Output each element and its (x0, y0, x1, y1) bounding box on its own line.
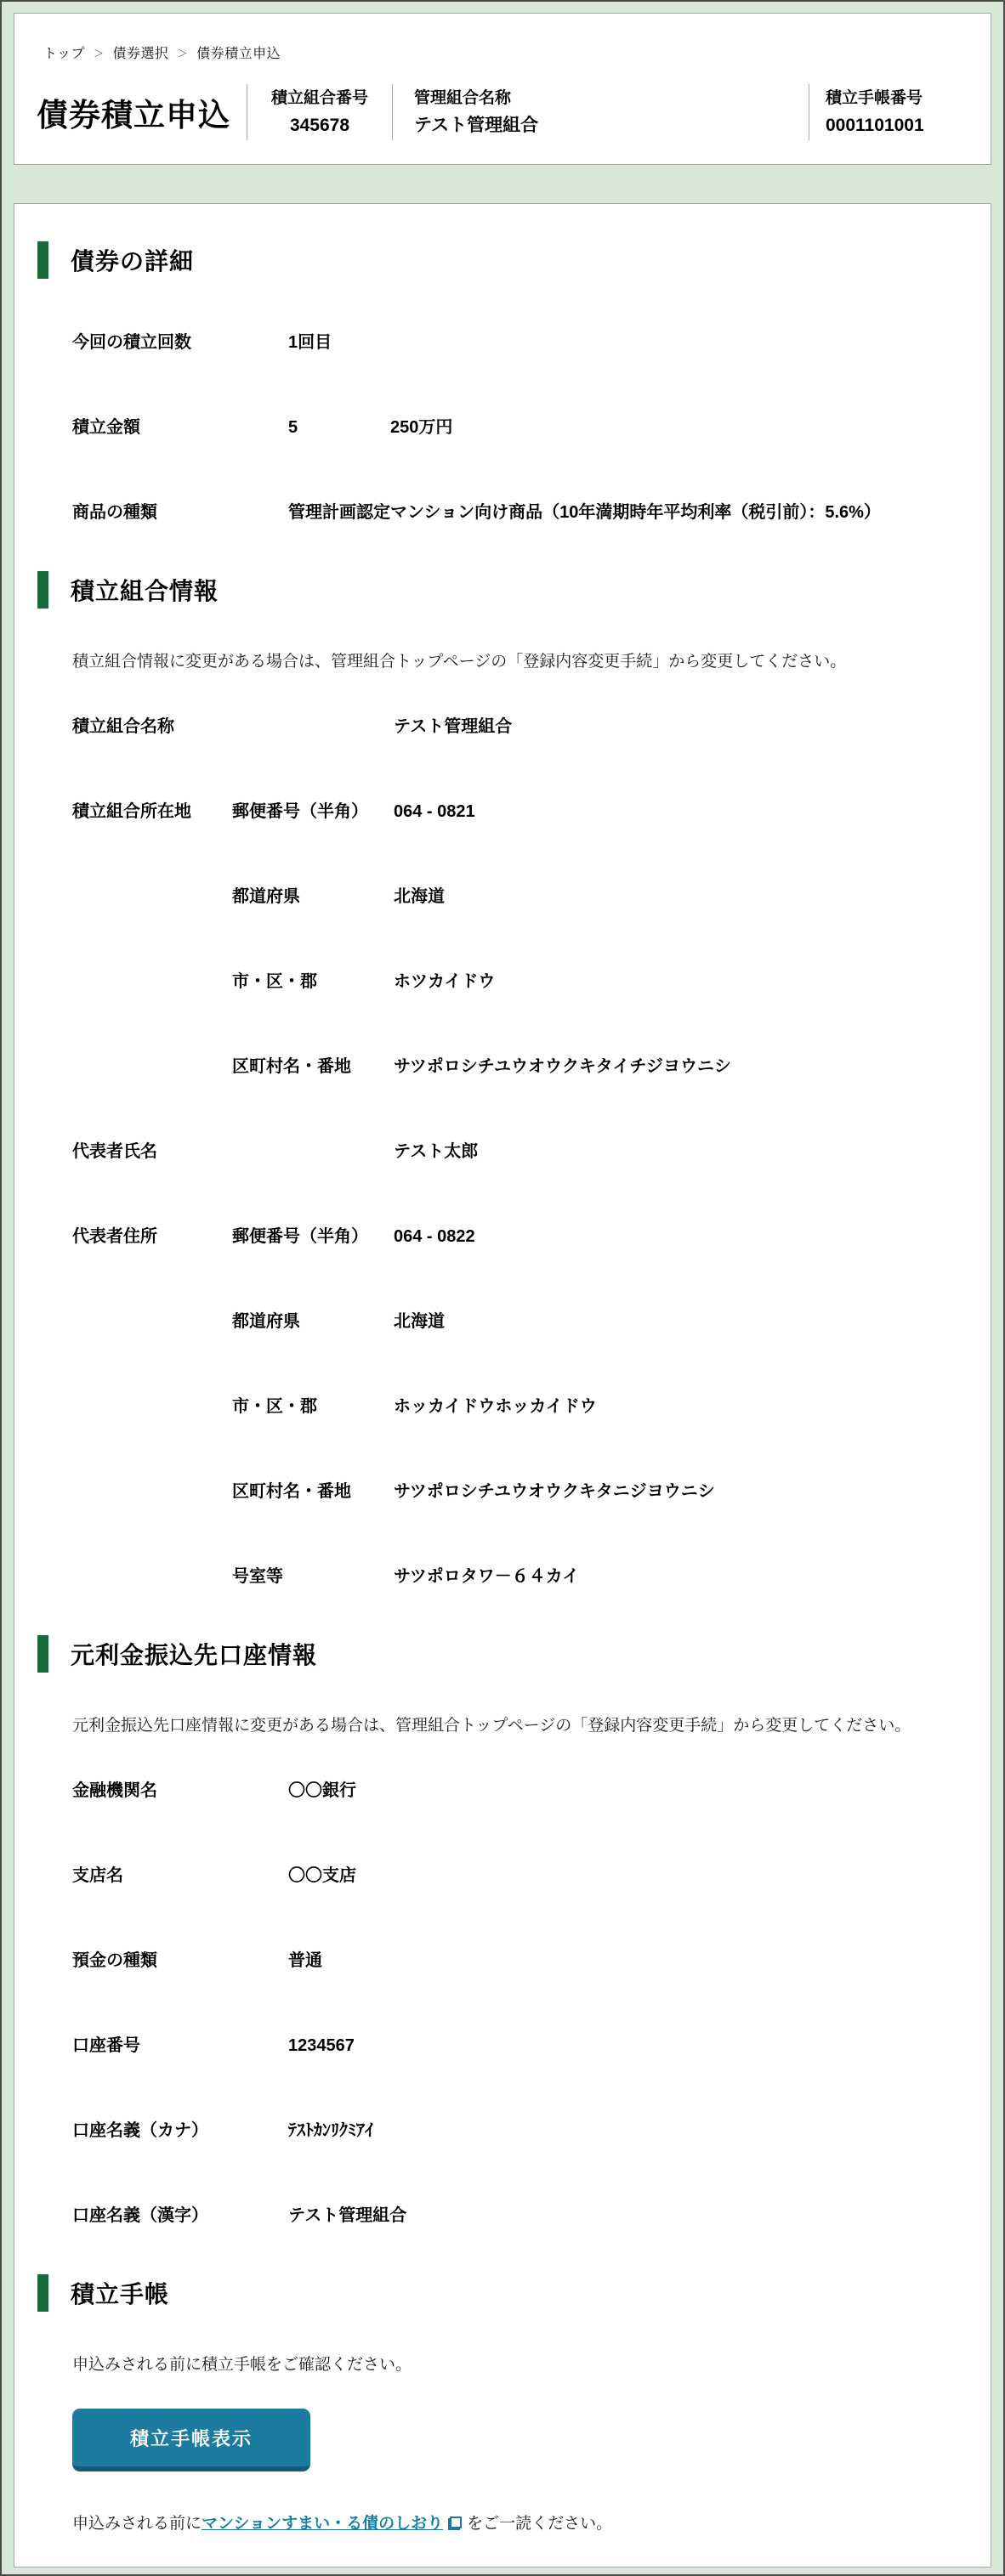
section-note: 申込みされる前に積立手帳をご確認ください。 (72, 2352, 957, 2378)
row-value: 〇〇銀行 (288, 1775, 957, 1807)
row-sublabel: 郵便番号（半角） (232, 1220, 394, 1253)
row-value: テスト管理組合 (288, 2200, 957, 2232)
row-rep-address-postal: 代表者住所 郵便番号（半角） 064 - 0822 (72, 1220, 957, 1253)
row-label: 代表者氏名 (72, 1135, 232, 1168)
row-label (72, 1050, 232, 1083)
row-rep-address-street: 区町村名・番地 サツポロシチユウオウクキタニジヨウニシ (72, 1475, 957, 1508)
row-label: 積立金額 (72, 411, 288, 444)
breadcrumb-separator-icon: ＞ (178, 48, 189, 59)
row-rep-address-room: 号室等 サツポロタワ－６４カイ (72, 1560, 957, 1593)
row-label (72, 1475, 232, 1508)
row-account-holder-kanji: 口座名義（漢字） テスト管理組合 (72, 2200, 957, 2232)
section-heading-text: 積立手帳 (71, 2276, 169, 2310)
row-value: テスト太郎 (394, 1135, 957, 1168)
section-heading-text: 元利金振込先口座情報 (71, 1637, 317, 1671)
header-field-label: 管理組合名称 (414, 86, 809, 111)
row-value: 北海道 (394, 1305, 957, 1338)
breadcrumb-link-bond-select[interactable]: 債券選択 (113, 47, 169, 61)
row-value-amount: 250万円 (390, 411, 957, 444)
row-sublabel: 市・区・郡 (232, 965, 394, 998)
brochure-link[interactable]: マンションすまい・る債のしおり (202, 2515, 443, 2533)
heading-bar-icon (37, 2274, 48, 2312)
row-rep-address-pref: 都道府県 北海道 (72, 1305, 957, 1338)
header-field-passbook-number: 積立手帳番号 0001101001 (809, 84, 974, 140)
footer-note: 申込みされる前にマンションすまい・る債のしおりをご一読ください。 (72, 2511, 957, 2538)
row-label: 口座名義（カナ） (72, 2115, 288, 2147)
row-value: テスト管理組合 (394, 711, 957, 743)
row-value: 064 - 0822 (394, 1220, 957, 1253)
row-value: 1234567 (288, 2030, 957, 2062)
breadcrumb-current: 債券積立申込 (196, 47, 281, 61)
header-field-union-number: 積立組合番号 345678 (247, 84, 392, 140)
row-branch-name: 支店名 〇〇支店 (72, 1860, 957, 1892)
row-label: 積立組合名称 (72, 711, 232, 743)
row-label: 金融機関名 (72, 1775, 288, 1807)
row-label: 口座名義（漢字） (72, 2200, 288, 2232)
row-product-type: 商品の種類 管理計画認定マンション向け商品（10年満期時年平均利率（税引前）：5… (72, 496, 957, 529)
row-value: 普通 (288, 1945, 957, 1977)
row-value: サツポロシチユウオウクキタニジヨウニシ (394, 1475, 957, 1508)
row-value: 管理計画認定マンション向け商品（10年満期時年平均利率（税引前）：5.6%） (288, 496, 957, 529)
header-field-value: テスト管理組合 (414, 111, 809, 140)
row-account-holder-kana: 口座名義（カナ） ﾃｽﾄｶﾝﾘｸﾐｱｲ (72, 2115, 957, 2147)
row-label (72, 965, 232, 998)
breadcrumb-link-top[interactable]: トップ (43, 47, 85, 61)
row-value: ホッカイドウホッカイドウ (394, 1390, 957, 1423)
header-field-value: 345678 (247, 111, 392, 140)
row-value: 〇〇支店 (288, 1860, 957, 1892)
row-label: 支店名 (72, 1860, 288, 1892)
row-union-address-street: 区町村名・番地 サツポロシチユウオウクキタイチジヨウニシ (72, 1050, 957, 1083)
row-sublabel: 郵便番号（半角） (232, 795, 394, 828)
header-field-union-name: 管理組合名称 テスト管理組合 (392, 84, 809, 140)
section-heading-text: 債券の詳細 (71, 243, 194, 277)
row-sublabel (232, 1135, 394, 1168)
row-deposit-type: 預金の種類 普通 (72, 1945, 957, 1977)
section-note: 元利金振込先口座情報に変更がある場合は、管理組合トップページの「登録内容変更手続… (72, 1713, 957, 1739)
page-title: 債券積立申込 (37, 84, 247, 140)
row-value: サツポロシチユウオウクキタイチジヨウニシ (394, 1050, 957, 1083)
row-label: 商品の種類 (72, 496, 288, 529)
header-field-value: 0001101001 (826, 111, 974, 140)
page: トップ＞債券選択＞債券積立申込 債券積立申込 積立組合番号 345678 管理組… (0, 0, 1005, 2576)
row-label (72, 1560, 232, 1593)
row-sublabel: 都道府県 (232, 1305, 394, 1338)
header-field-label: 積立手帳番号 (826, 86, 974, 111)
row-value: サツポロタワ－６４カイ (394, 1560, 957, 1593)
row-value: ﾃｽﾄｶﾝﾘｸﾐｱｲ (288, 2115, 957, 2147)
row-value: 北海道 (394, 880, 957, 913)
row-rep-address-city: 市・区・郡 ホッカイドウホッカイドウ (72, 1390, 957, 1423)
row-union-address-pref: 都道府県 北海道 (72, 880, 957, 913)
section-note: 積立組合情報に変更がある場合は、管理組合トップページの「登録内容変更手続」から変… (72, 649, 957, 675)
row-installment-amount: 積立金額 5 250万円 (72, 411, 957, 444)
row-label: 口座番号 (72, 2030, 288, 2062)
row-account-number: 口座番号 1234567 (72, 2030, 957, 2062)
row-label (72, 880, 232, 913)
row-value: ホツカイドウ (394, 965, 957, 998)
row-label: 代表者住所 (72, 1220, 232, 1253)
footer-note-post: をご一読ください。 (467, 2515, 612, 2533)
row-value: 1回目 (288, 326, 957, 359)
row-label: 預金の種類 (72, 1945, 288, 1977)
row-value-units: 5 (288, 411, 390, 444)
row-sublabel: 区町村名・番地 (232, 1050, 394, 1083)
row-sublabel: 区町村名・番地 (232, 1475, 394, 1508)
external-link-icon[interactable] (448, 2517, 462, 2530)
row-representative-name: 代表者氏名 テスト太郎 (72, 1135, 957, 1168)
section-heading-union-info: 積立組合情報 (37, 571, 957, 609)
heading-bar-icon (37, 1635, 48, 1673)
footer-note-pre: 申込みされる前に (72, 2515, 202, 2533)
header-titlebar: 債券積立申込 積立組合番号 345678 管理組合名称 テスト管理組合 積立手帳… (37, 84, 974, 140)
header-field-label: 積立組合番号 (247, 86, 392, 111)
row-value: 064 - 0821 (394, 795, 957, 828)
row-label: 今回の積立回数 (72, 326, 288, 359)
row-label (72, 1390, 232, 1423)
heading-bar-icon (37, 241, 48, 279)
row-label (72, 1305, 232, 1338)
show-passbook-button[interactable]: 積立手帳表示 (72, 2409, 310, 2471)
heading-bar-icon (37, 571, 48, 609)
main-card: 債券の詳細 今回の積立回数 1回目 積立金額 5 250万円 商品の種類 管理計… (14, 203, 991, 2568)
row-union-address-city: 市・区・郡 ホツカイドウ (72, 965, 957, 998)
breadcrumb-separator-icon: ＞ (94, 48, 105, 59)
section-heading-passbook: 積立手帳 (37, 2274, 957, 2312)
row-sublabel (232, 711, 394, 743)
row-bank-name: 金融機関名 〇〇銀行 (72, 1775, 957, 1807)
section-heading-text: 積立組合情報 (71, 573, 219, 607)
section-heading-bank-account: 元利金振込先口座情報 (37, 1635, 957, 1673)
row-sublabel: 都道府県 (232, 880, 394, 913)
row-sublabel: 号室等 (232, 1560, 394, 1593)
row-installment-count: 今回の積立回数 1回目 (72, 326, 957, 359)
row-sublabel: 市・区・郡 (232, 1390, 394, 1423)
row-label: 積立組合所在地 (72, 795, 232, 828)
header-card: トップ＞債券選択＞債券積立申込 債券積立申込 積立組合番号 345678 管理組… (14, 13, 991, 165)
row-union-address-postal: 積立組合所在地 郵便番号（半角） 064 - 0821 (72, 795, 957, 828)
breadcrumb: トップ＞債券選択＞債券積立申込 (37, 42, 974, 62)
row-union-name: 積立組合名称 テスト管理組合 (72, 711, 957, 743)
section-heading-bond-details: 債券の詳細 (37, 241, 957, 279)
